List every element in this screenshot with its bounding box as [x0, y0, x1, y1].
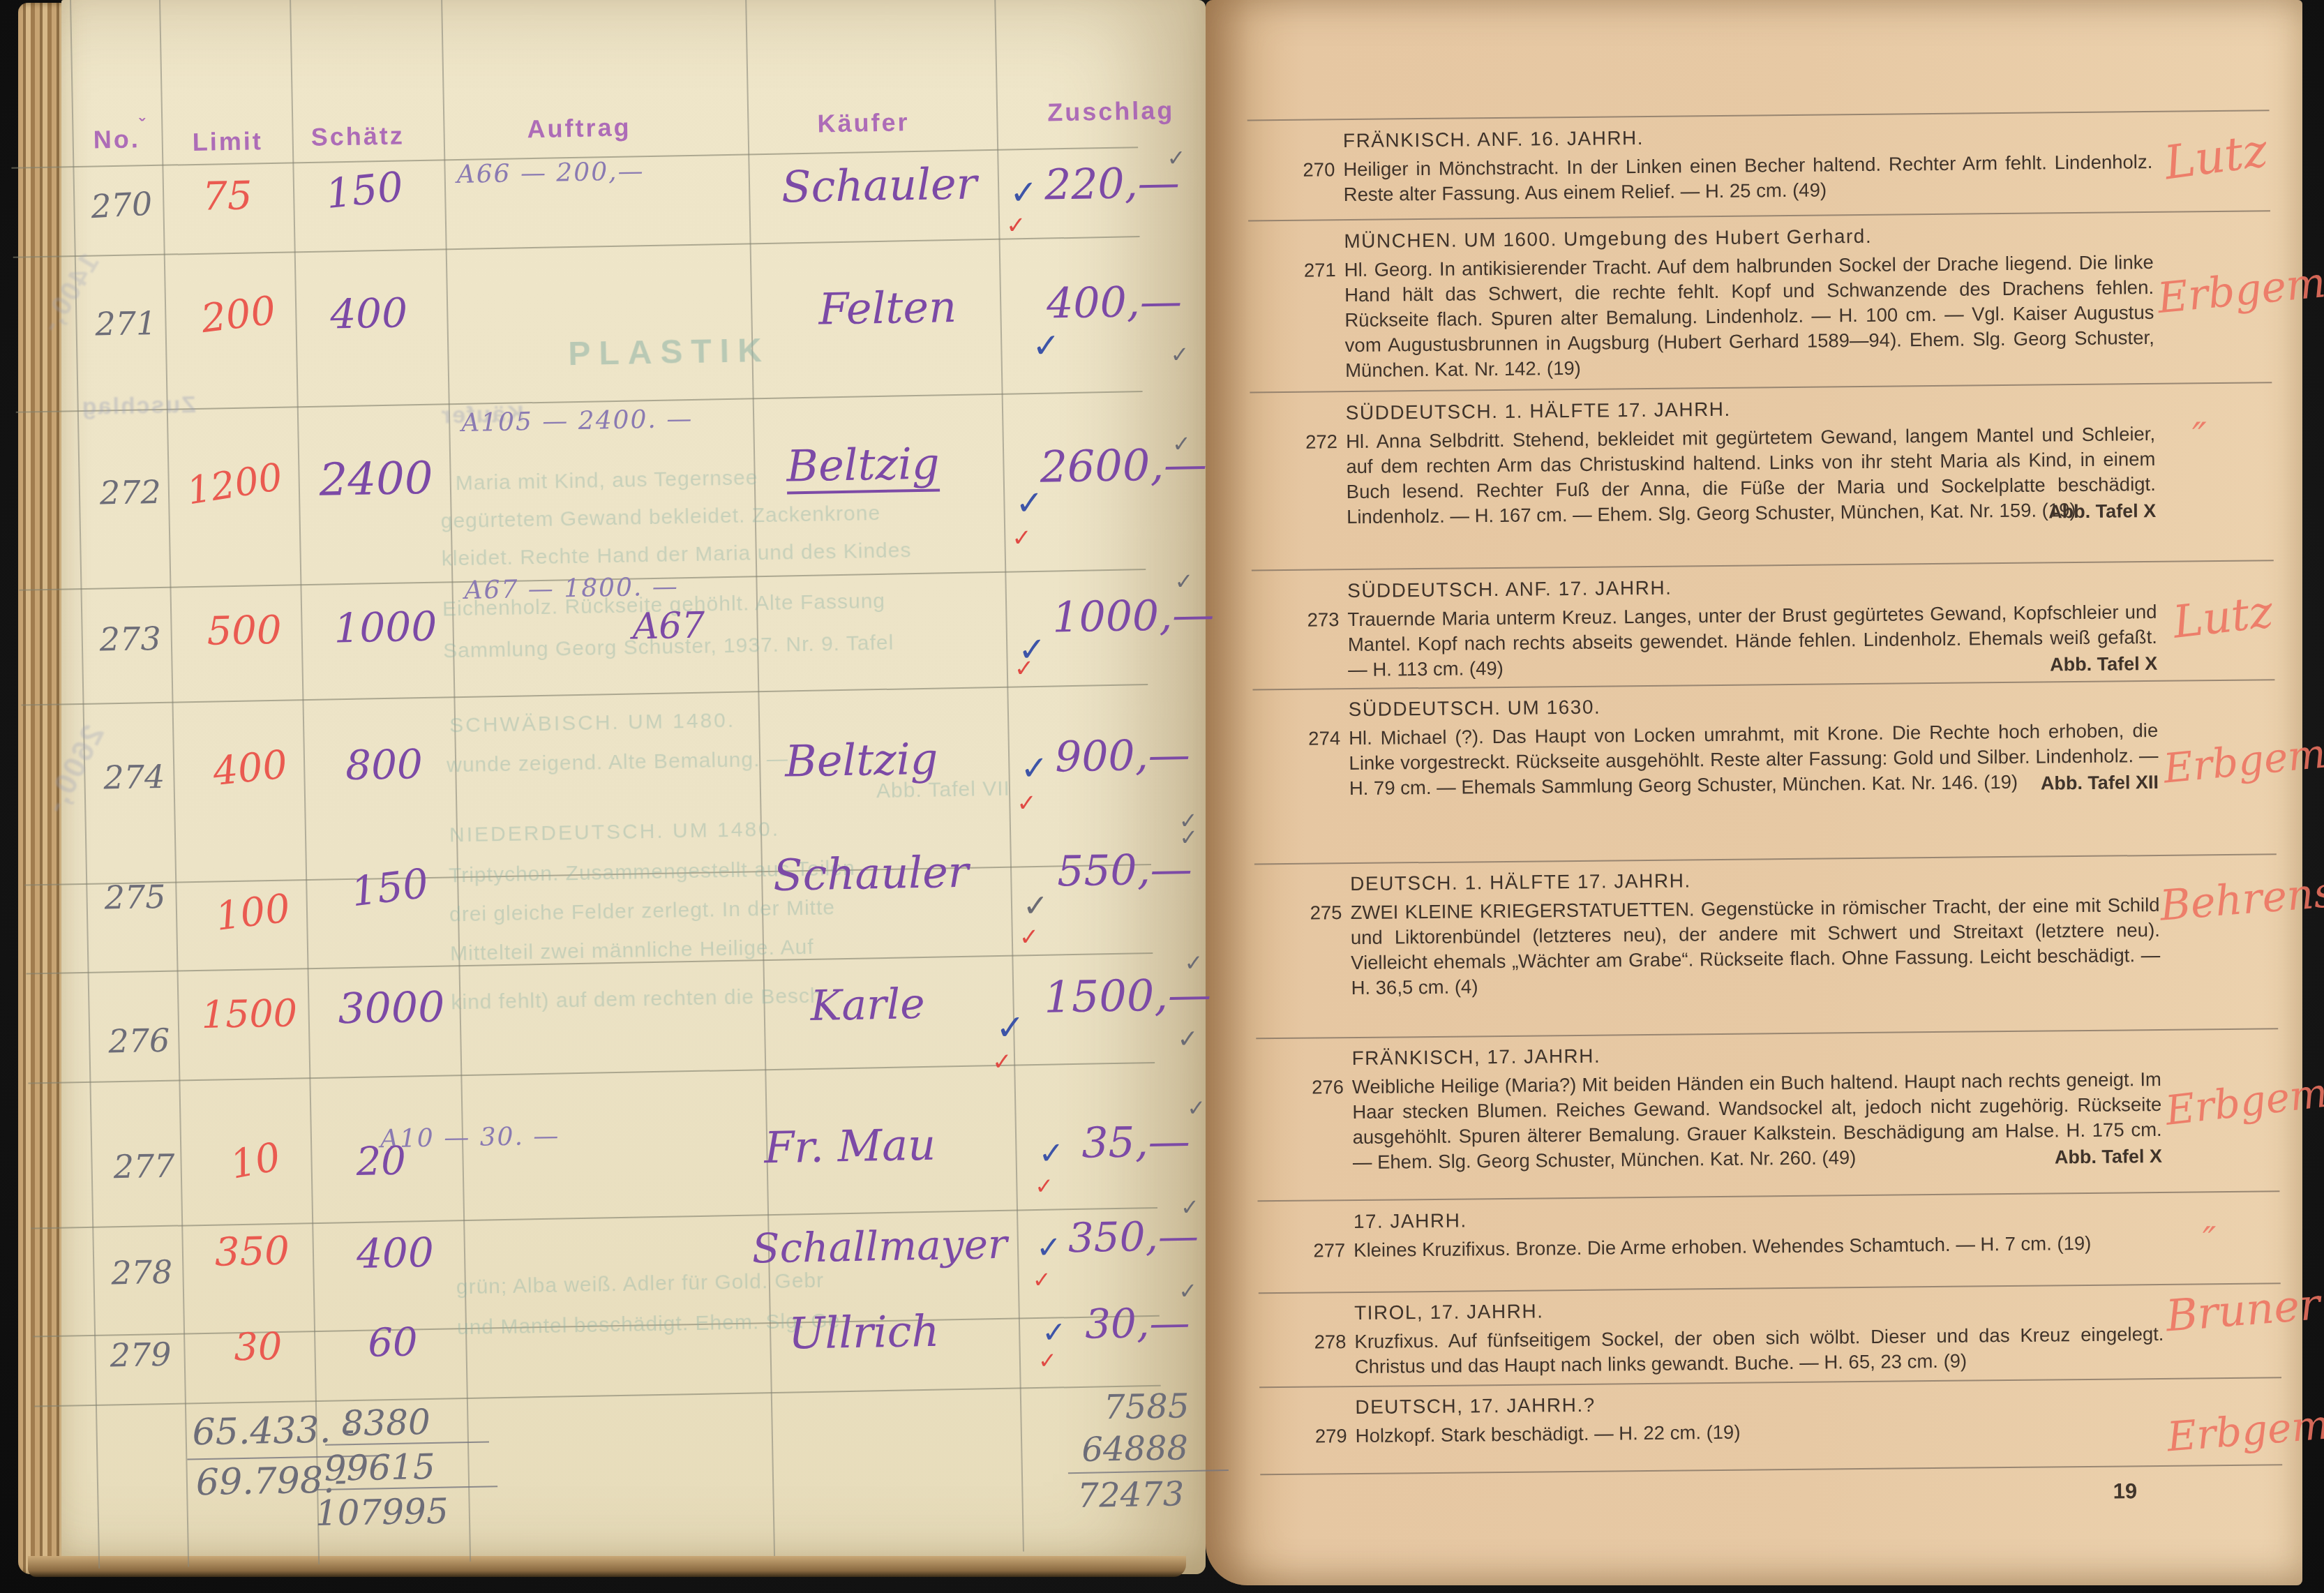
- bleedthrough-scribble: 2600,-: [37, 719, 112, 821]
- zuschlag-value: 400,—: [1047, 277, 1183, 329]
- entry-separator: [1252, 560, 2274, 571]
- catalog-entry: SÜDDEUTSCH. ANF. 17. JAHRH. 273 Trauernd…: [1298, 572, 2157, 683]
- ledger-table: PLASTIK Zuschlag Käufer 2600,- 1400,- Ma…: [0, 0, 1173, 1574]
- entry-separator: [1250, 382, 2272, 393]
- entry-text: Holzkopf. Stark beschädigt. — H. 22 cm. …: [1356, 1416, 2165, 1449]
- kaeufer-name: Ullrich: [788, 1306, 940, 1359]
- kaeufer-name: Schallmayer: [751, 1220, 1007, 1273]
- entry-school: DEUTSCH, 17. JAHRH.?: [1355, 1389, 2164, 1419]
- entry-text: Kruzfixus. Auf fünfseitigem Sockel, der …: [1354, 1322, 2164, 1379]
- catalog-entry: TIROL, 17. JAHRH. 278 Kruzfixus. Auf fün…: [1305, 1294, 2164, 1380]
- no-header-tick: ˇ: [139, 114, 147, 136]
- check-icon: ✓: [992, 1048, 1012, 1077]
- kaeufer-name: Schauler: [773, 846, 969, 901]
- entry-separator: [1258, 1190, 2280, 1202]
- limit-value: 400: [211, 742, 290, 795]
- limit-value: 30: [234, 1324, 283, 1369]
- total-zuschlag-3: 72473: [1077, 1474, 1185, 1516]
- check-icon: ✓: [1010, 173, 1038, 213]
- lot-number: 276: [108, 1022, 170, 1061]
- entry-text: Hl. Georg. In antikisierender Tracht. Au…: [1344, 250, 2155, 383]
- check-icon: ✓: [1036, 1229, 1063, 1266]
- entry-text: Hl. Anna Selbdritt. Stehend, bekleidet m…: [1346, 421, 2156, 530]
- column-header-limit: Limit: [192, 126, 263, 157]
- check-icon: ✓: [1042, 1315, 1067, 1349]
- check-icon: ✓: [1177, 1025, 1199, 1054]
- entry-separator: [1256, 1028, 2278, 1039]
- entry-school: SÜDDEUTSCH. UM 1630.: [1349, 691, 2158, 721]
- entry-separator: [1248, 210, 2270, 221]
- entry-text: Trauernde Maria unterm Kreuz. Langes, un…: [1347, 599, 2157, 682]
- limit-value: 1500: [201, 991, 298, 1037]
- kaeufer-name: Beltzig: [786, 437, 940, 494]
- total-schaetz-2: 99615: [324, 1446, 435, 1489]
- bleedthrough-line: wunde zeigend. Alte Bemalung. —: [447, 747, 788, 777]
- zuschlag-value: 30,—: [1084, 1299, 1190, 1348]
- book-background: PLASTIK Zuschlag Käufer 2600,- 1400,- Ma…: [0, 0, 2324, 1593]
- margin-annotation: Bruner: [2164, 1278, 2322, 1341]
- grid-hline: [22, 684, 1148, 706]
- margin-annotation: Lutz: [2171, 586, 2276, 649]
- lot-number: 275: [104, 878, 166, 917]
- column-header-kaeufer: Käufer: [817, 107, 910, 138]
- plate-reference: Abb. Tafel X: [2050, 653, 2157, 675]
- grid-vline: [290, 0, 320, 1564]
- bleedthrough-line: kind fehlt) auf dem rechten die Besch: [451, 985, 823, 1015]
- bleedthrough-plastik: PLASTIK: [568, 331, 770, 373]
- auftrag-note: A105 — 2400. —: [461, 405, 694, 437]
- check-icon: ✓: [1172, 431, 1192, 457]
- kaeufer-name: Schauler: [781, 158, 977, 212]
- check-icon: ✓: [1178, 1278, 1198, 1304]
- entry-separator: [1247, 110, 2270, 121]
- lot-number: 270: [90, 185, 153, 226]
- zuschlag-value: 550,—: [1057, 845, 1193, 897]
- auftrag-note: A66 — 200,—: [456, 157, 645, 189]
- check-icon: ✓: [1179, 824, 1199, 851]
- catalog-entry: SÜDDEUTSCH. 1. HÄLFTE 17. JAHRH. 272 Hl.…: [1297, 394, 2157, 530]
- entry-separator: [1260, 1464, 2282, 1475]
- schaetz-value: 2400: [319, 453, 433, 507]
- grid-hline: [34, 1385, 1161, 1407]
- check-icon: ✓: [1167, 144, 1186, 171]
- entry-separator: [1254, 853, 2277, 865]
- bleedthrough-stamp: Zuschlag: [80, 391, 196, 421]
- catalog-entry: SÜDDEUTSCH. UM 1630. 274 Hl. Michael (?)…: [1300, 691, 2159, 802]
- entry-school: TIROL, 17. JAHRH.: [1354, 1294, 2164, 1324]
- bleedthrough-line: NIEDERDEUTSCH. UM 1480.: [449, 818, 781, 848]
- entry-school: FRÄNKISCH. ANF. 16. JAHRH.: [1343, 122, 2152, 152]
- catalog-entry: FRÄNKISCH, 17. JAHRH. 276 Weibliche Heil…: [1303, 1040, 2162, 1176]
- total-schaetz-3: 107995: [315, 1491, 449, 1534]
- schaetz-value: 1000: [333, 603, 437, 652]
- limit-value: 10: [227, 1134, 284, 1188]
- column-header-auftrag: Auftrag: [527, 112, 631, 144]
- entry-number: 270: [1294, 157, 1344, 208]
- column-header-schaetz: Schätz: [310, 121, 405, 151]
- catalog-entry: DEUTSCH. 1. HÄLFTE 17. JAHRH. 275 ZWEI K…: [1301, 865, 2161, 1001]
- check-icon: ✓: [1020, 749, 1049, 788]
- entry-school: 17. JAHRH.: [1354, 1203, 2163, 1233]
- catalog-entry: 17. JAHRH. 277 Kleines Kruzifixus. Bronz…: [1305, 1203, 2164, 1264]
- schaetz-value: 60: [368, 1319, 418, 1366]
- check-icon: ✓: [1019, 923, 1039, 952]
- entry-number: 271: [1296, 257, 1346, 384]
- entry-school: SÜDDEUTSCH. ANF. 17. JAHRH.: [1347, 572, 2157, 602]
- schaetz-value: 800: [345, 740, 423, 789]
- catalog-entry: DEUTSCH, 17. JAHRH.? 279 Holzkopf. Stark…: [1306, 1389, 2165, 1449]
- lot-number: 278: [111, 1253, 173, 1292]
- margin-annotation: Erbgem.: [2155, 257, 2324, 323]
- check-icon: ✓: [1180, 1194, 1200, 1220]
- limit-value: 1200: [184, 455, 286, 514]
- check-icon: ✓: [1187, 1095, 1206, 1121]
- zuschlag-value: 220,—: [1044, 158, 1180, 210]
- plate-reference: Abb. Tafel XII: [2041, 772, 2159, 795]
- zuschlag-value: 35,—: [1081, 1117, 1191, 1168]
- lot-number: 273: [99, 620, 161, 659]
- catalog-entry: FRÄNKISCH. ANF. 16. JAHRH. 270 Heiliger …: [1294, 122, 2153, 208]
- entry-number: 279: [1307, 1423, 1356, 1449]
- schaetz-value: 150: [324, 163, 405, 218]
- check-icon: ✓: [996, 1007, 1026, 1048]
- entry-text: Weibliche Heilige (Maria?) Mit beiden Hä…: [1352, 1067, 2162, 1175]
- zuschlag-value: 900,—: [1055, 731, 1191, 782]
- total-zuschlag-1: 7585: [1104, 1386, 1190, 1427]
- lot-number: 272: [99, 473, 161, 512]
- entry-text: Heiliger in Mönchstracht. In der Linken …: [1343, 149, 2153, 207]
- grid-hline: [28, 1062, 1155, 1084]
- schaetz-value: 400: [330, 289, 408, 338]
- entry-school: SÜDDEUTSCH. 1. HÄLFTE 17. JAHRH.: [1346, 394, 2155, 424]
- check-icon: ✓: [1032, 326, 1060, 366]
- column-header-zuschlag: Zuschlag: [1047, 96, 1175, 127]
- check-icon: ✓: [1006, 211, 1026, 240]
- bleedthrough-line: gegürtetem Gewand bekleidet. Zackenkrone: [440, 502, 880, 534]
- zuschlag-value: 350,—: [1067, 1212, 1199, 1262]
- schaetz-value: 400: [356, 1229, 434, 1278]
- bleedthrough-line: und Mantel beschädigt. Ehem. Slg. Ge: [457, 1309, 841, 1340]
- entry-separator: [1259, 1282, 2281, 1294]
- catalog-content: FRÄNKISCH. ANF. 16. JAHRH. 270 Heiliger …: [1206, 0, 2318, 1585]
- entry-number: 274: [1300, 726, 1349, 802]
- schaetz-value: 3000: [338, 983, 445, 1034]
- lot-number: 277: [113, 1147, 175, 1186]
- auftrag-note: A10 — 30. —: [380, 1122, 560, 1154]
- entry-number: 277: [1305, 1238, 1354, 1264]
- lot-number: 271: [95, 304, 157, 343]
- margin-annotation: Erbgem.: [2163, 1068, 2324, 1135]
- schaetz-value: 20: [356, 1139, 406, 1185]
- check-icon: ✓: [1033, 1266, 1052, 1293]
- entry-text: Kleines Kruzifixus. Bronze. Die Arme erh…: [1354, 1230, 2163, 1263]
- lot-number: 279: [110, 1336, 172, 1375]
- check-icon: ✓: [1035, 1173, 1054, 1199]
- margin-annotation: ″: [2192, 414, 2207, 460]
- entry-school: DEUTSCH. 1. HÄLFTE 17. JAHRH.: [1350, 865, 2159, 895]
- catalog-entry: MÜNCHEN. UM 1600. Umgebung des Hubert Ge…: [1295, 223, 2154, 384]
- kaeufer-name: Karle: [810, 980, 925, 1031]
- check-icon: ✓: [1184, 950, 1204, 976]
- plate-reference: Abb. Tafel X: [2048, 500, 2156, 523]
- check-icon: ✓: [1015, 484, 1044, 523]
- bleedthrough-line: Maria mit Kind, aus Tegernsee: [456, 466, 758, 495]
- plate-reference: Abb. Tafel X: [2055, 1146, 2162, 1168]
- margin-annotation: Lutz: [2161, 124, 2270, 190]
- entry-number: 272: [1297, 429, 1347, 530]
- column-header-no: No.: [93, 124, 140, 154]
- entry-text: ZWEI KLEINE KRIEGERSTATUETTEN. Gegenstüc…: [1350, 892, 2160, 1001]
- margin-annotation: Erbgem.: [2165, 1400, 2324, 1461]
- bleedthrough-line: drei gleiche Felder zerlegt. In der Mitt…: [449, 896, 835, 927]
- check-icon: ✓: [1017, 789, 1037, 818]
- kaeufer-name: Beltzig: [785, 733, 938, 787]
- check-icon: ✓: [1012, 524, 1032, 553]
- kaeufer-order-ref: A67: [632, 605, 705, 648]
- entry-number: 273: [1298, 607, 1348, 683]
- zuschlag-value: 1000,—: [1052, 590, 1215, 642]
- check-icon: ✓: [1023, 888, 1049, 925]
- check-icon: ✓: [1038, 1347, 1058, 1374]
- margin-annotation: ″: [2203, 1220, 2217, 1262]
- zuschlag-value: 1500,—: [1044, 968, 1212, 1022]
- auftrag-note: A67 — 1800. —: [464, 572, 679, 605]
- limit-value: 75: [202, 173, 253, 219]
- check-icon: ✓: [1174, 568, 1194, 594]
- lot-number: 274: [103, 758, 165, 797]
- limit-value: 500: [207, 608, 282, 655]
- entry-school: MÜNCHEN. UM 1600. Umgebung des Hubert Ge…: [1344, 223, 2153, 253]
- limit-value: 350: [214, 1229, 290, 1276]
- limit-value: 100: [213, 885, 292, 940]
- bleedthrough-line: Mittelteil zwei männliche Heilige. Auf: [450, 936, 814, 966]
- margin-annotation: Behrens: [2158, 868, 2324, 931]
- check-icon: ✓: [1170, 341, 1190, 368]
- limit-value: 200: [199, 287, 278, 342]
- entry-text: Hl. Michael (?). Das Haupt von Locken um…: [1349, 718, 2159, 801]
- kaeufer-name: Felten: [818, 281, 957, 335]
- entry-number: 278: [1305, 1329, 1355, 1380]
- kaeufer-name: Fr. Mau: [764, 1119, 936, 1173]
- total-zuschlag-2: 64888: [1081, 1428, 1189, 1469]
- check-icon: ✓: [1014, 655, 1034, 683]
- entry-number: 276: [1303, 1075, 1353, 1176]
- page-number: 19: [2113, 1479, 2137, 1504]
- schaetz-value: 150: [349, 859, 431, 915]
- total-schaetz-1: 8380: [341, 1402, 430, 1444]
- grid-hline: [13, 236, 1140, 258]
- bleedthrough-line: kleidet. Rechte Hand der Maria und des K…: [441, 539, 911, 571]
- check-icon: ✓: [1038, 1135, 1065, 1172]
- margin-annotation: Erbgem.: [2161, 728, 2324, 793]
- bleedthrough-line: SCHWÄBISCH. UM 1480.: [449, 709, 736, 738]
- entry-number: 275: [1301, 900, 1351, 1001]
- total-limit-1: 65.433. -: [192, 1409, 355, 1453]
- entry-school: FRÄNKISCH, 17. JAHRH.: [1351, 1040, 2161, 1070]
